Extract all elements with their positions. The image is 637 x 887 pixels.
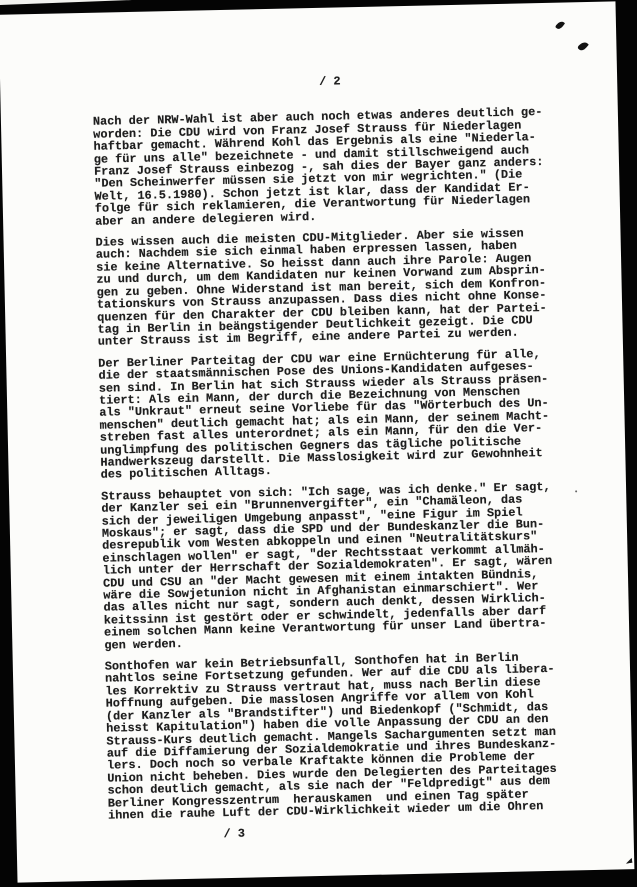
scan-edge-artifact: [0, 0, 132, 5]
scanned-document: / 2 Nach der NRW-Wahl ist aber auch noch…: [0, 0, 637, 887]
typewritten-text-block: / 2 Nach der NRW-Wahl ist aber auch noch…: [92, 70, 583, 843]
paragraph-berliner-parteitag: Der Berliner Parteitag der CDU war eine …: [98, 347, 575, 481]
ink-speck: [575, 490, 577, 492]
page-number-footer: / 3: [223, 821, 582, 841]
ink-speck: [555, 20, 565, 31]
scanned-page: / 2 Nach der NRW-Wahl ist aber auch noch…: [0, 1, 634, 882]
ink-speck: [577, 40, 589, 52]
paragraph-strauss-zitate: Strauss behauptet von sich: "Ich sage, w…: [101, 480, 578, 652]
paragraph-cdu-mitglieder: Dies wissen auch die meisten CDU-Mitglie…: [95, 226, 571, 348]
ink-speck: [625, 858, 633, 864]
paragraph-nrw-wahl: Nach der NRW-Wahl ist aber auch noch etw…: [93, 106, 569, 228]
page-number-header: / 2: [319, 70, 566, 88]
paragraph-sonthofen: Sonthofen war kein Betriebsunfall, Sonth…: [105, 650, 582, 822]
